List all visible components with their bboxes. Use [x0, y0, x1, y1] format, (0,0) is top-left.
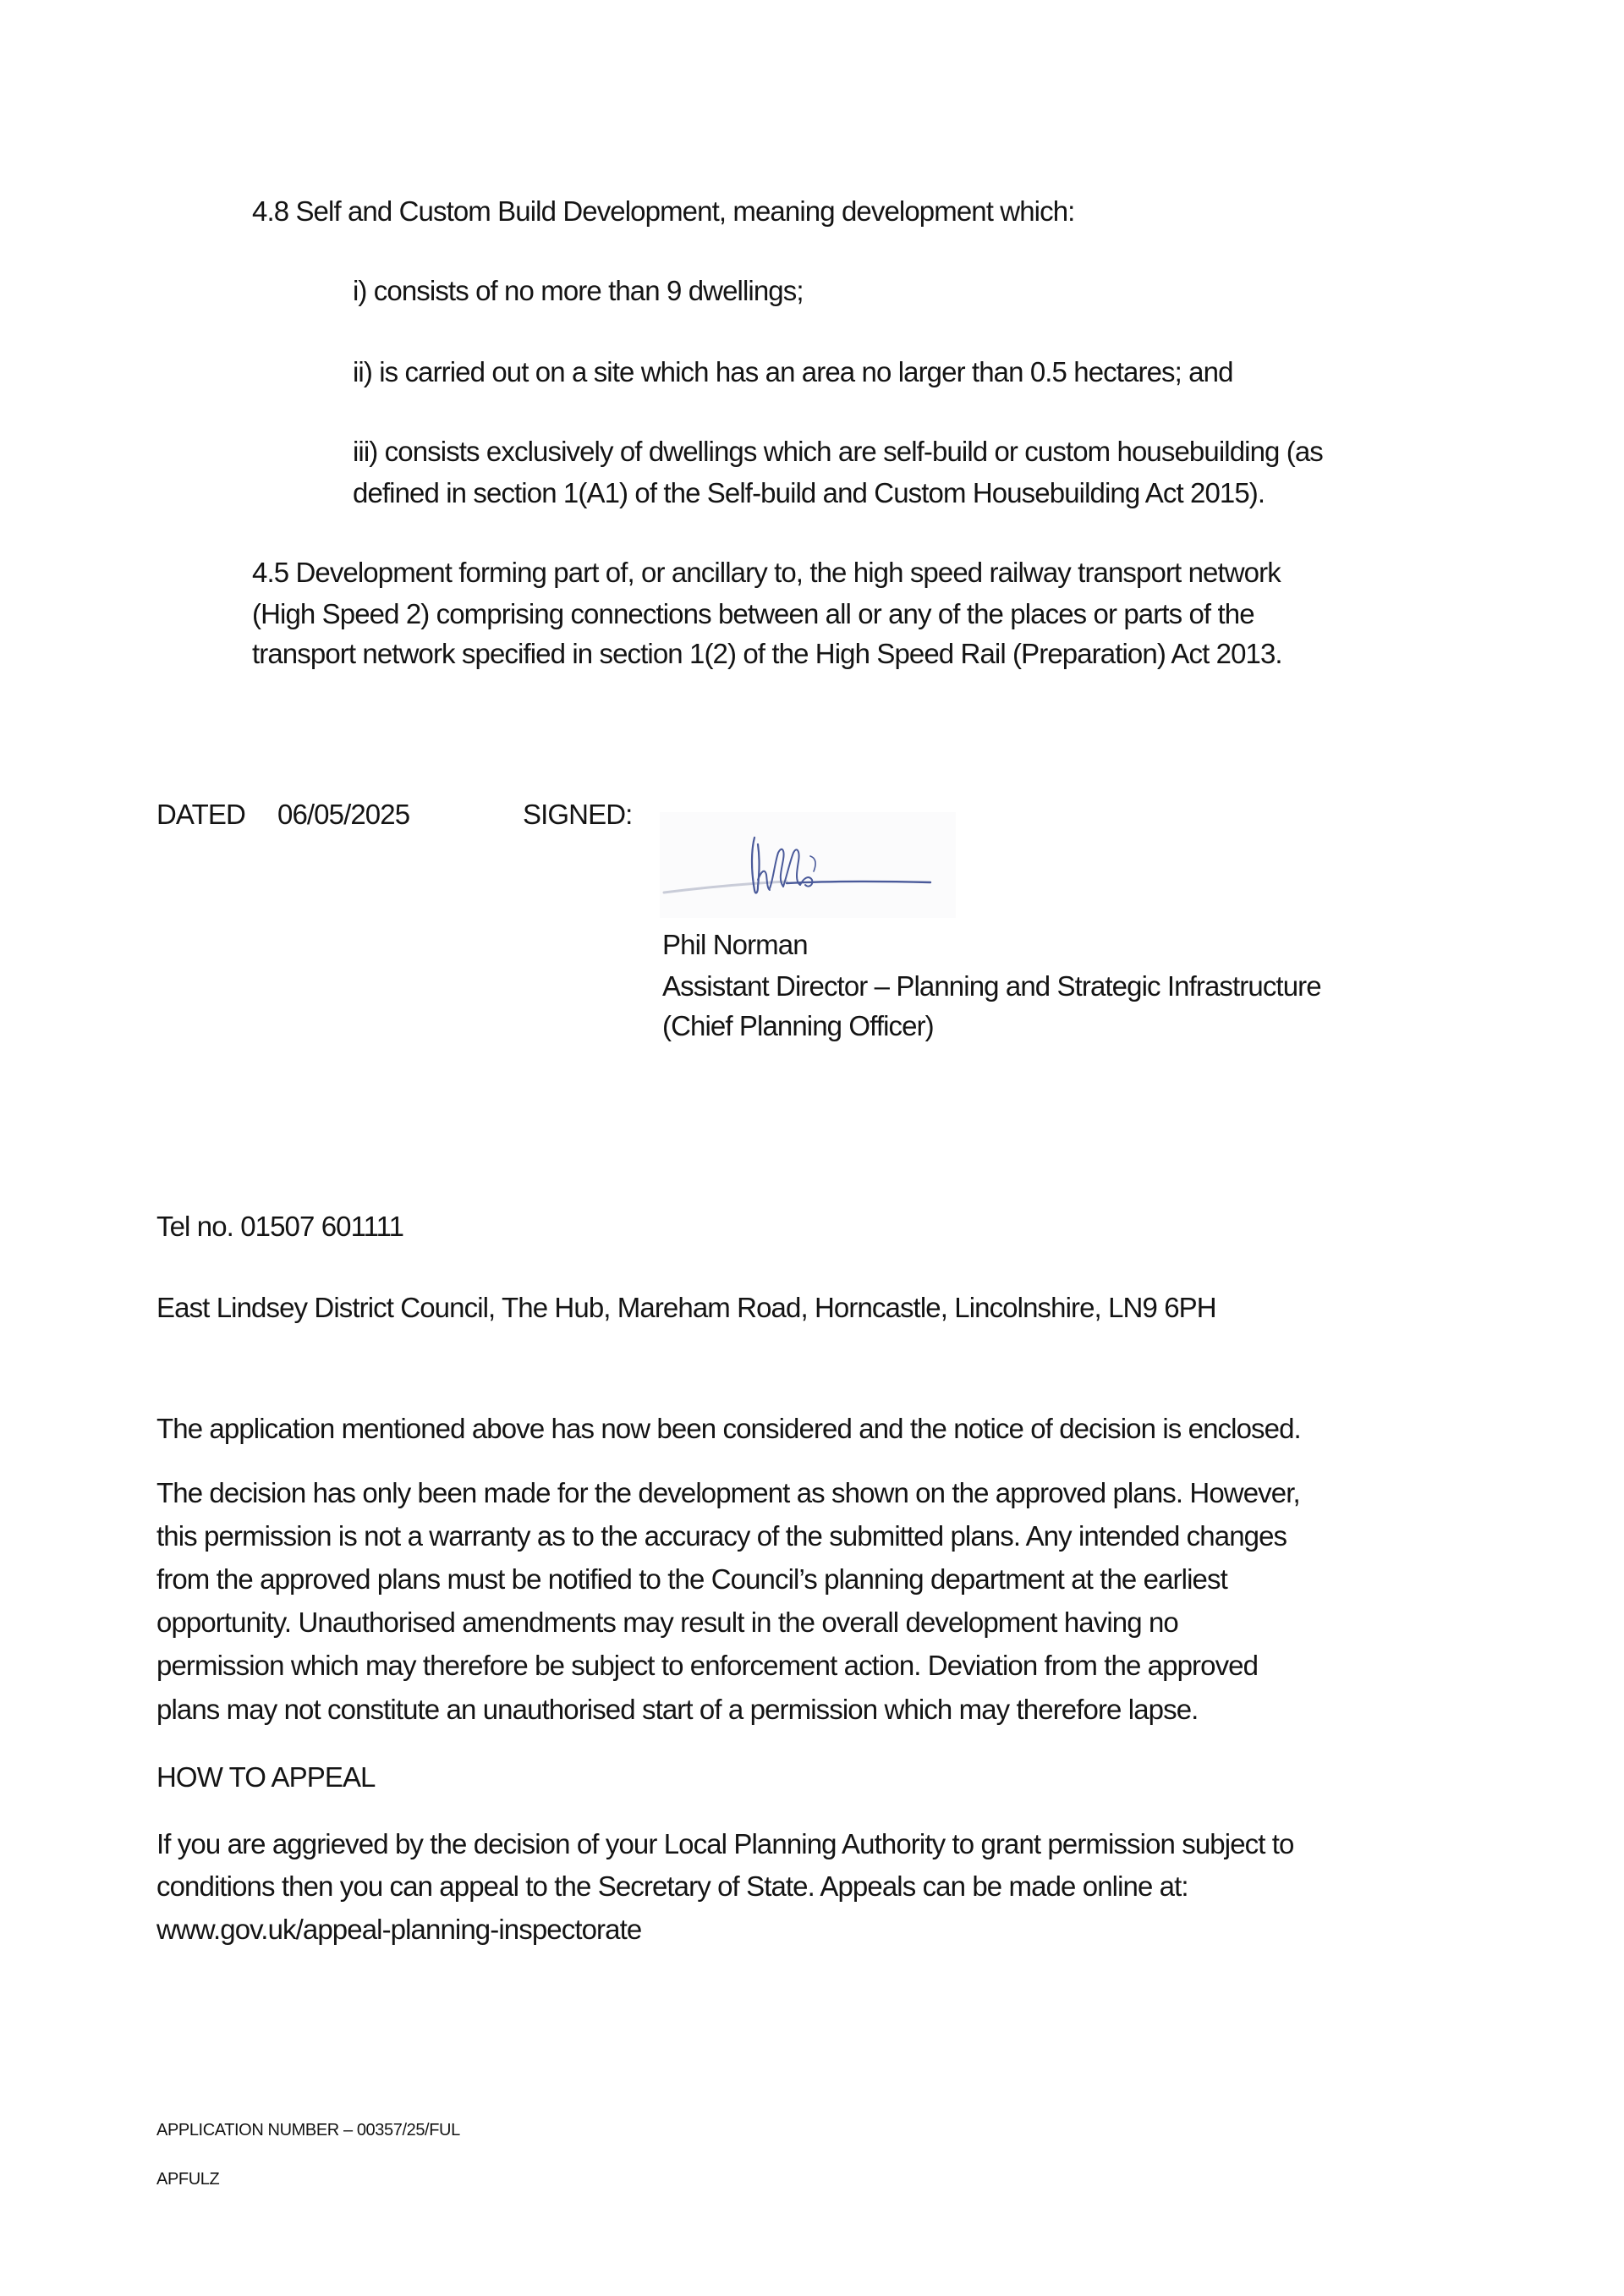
section-4-8-heading: 4.8 Self and Custom Build Development, m… — [252, 195, 1074, 228]
signer-title: Assistant Director – Planning and Strate… — [662, 969, 1321, 1003]
form-code: APFULZ — [156, 2169, 219, 2189]
section-4-5-line: 4.5 Development forming part of, or anci… — [252, 556, 1281, 590]
decision-paragraph-line: from the approved plans must be notified… — [156, 1563, 1227, 1596]
section-4-8-item-iii-line: iii) consists exclusively of dwellings w… — [353, 435, 1323, 469]
section-4-8-item-i: i) consists of no more than 9 dwellings; — [353, 274, 804, 308]
decision-paragraph-line: permission which may therefore be subjec… — [156, 1649, 1258, 1683]
appeal-paragraph-line: If you are aggrieved by the decision of … — [156, 1827, 1294, 1861]
appeal-heading: HOW TO APPEAL — [156, 1760, 376, 1794]
council-address: East Lindsey District Council, The Hub, … — [156, 1291, 1216, 1325]
decision-paragraph-line: The decision has only been made for the … — [156, 1476, 1300, 1510]
decision-paragraph-line: this permission is not a warranty as to … — [156, 1519, 1287, 1553]
signer-role: (Chief Planning Officer) — [662, 1009, 934, 1043]
decision-paragraph-line: opportunity. Unauthorised amendments may… — [156, 1606, 1178, 1640]
telephone-number: Tel no. 01507 601111 — [156, 1210, 403, 1244]
section-4-5-line: (High Speed 2) comprising connections be… — [252, 597, 1254, 631]
application-number: APPLICATION NUMBER – 00357/25/FUL — [156, 2120, 460, 2140]
section-4-5-line: transport network specified in section 1… — [252, 637, 1282, 671]
appeal-paragraph-line: conditions then you can appeal to the Se… — [156, 1870, 1188, 1903]
signer-name: Phil Norman — [662, 928, 808, 962]
dated-value: 06/05/2025 — [277, 798, 409, 832]
dated-label: DATED — [156, 798, 245, 832]
decision-paragraph-line: plans may not constitute an unauthorised… — [156, 1693, 1198, 1727]
document-page: 4.8 Self and Custom Build Development, m… — [0, 0, 1624, 2296]
notice-paragraph: The application mentioned above has now … — [156, 1412, 1301, 1446]
section-4-8-item-ii: ii) is carried out on a site which has a… — [353, 355, 1233, 389]
signed-label: SIGNED: — [523, 798, 632, 832]
appeal-url: www.gov.uk/appeal-planning-inspectorate — [156, 1913, 641, 1947]
section-4-8-item-iii-line: defined in section 1(A1) of the Self-bui… — [353, 476, 1265, 510]
signature-image — [660, 812, 956, 918]
